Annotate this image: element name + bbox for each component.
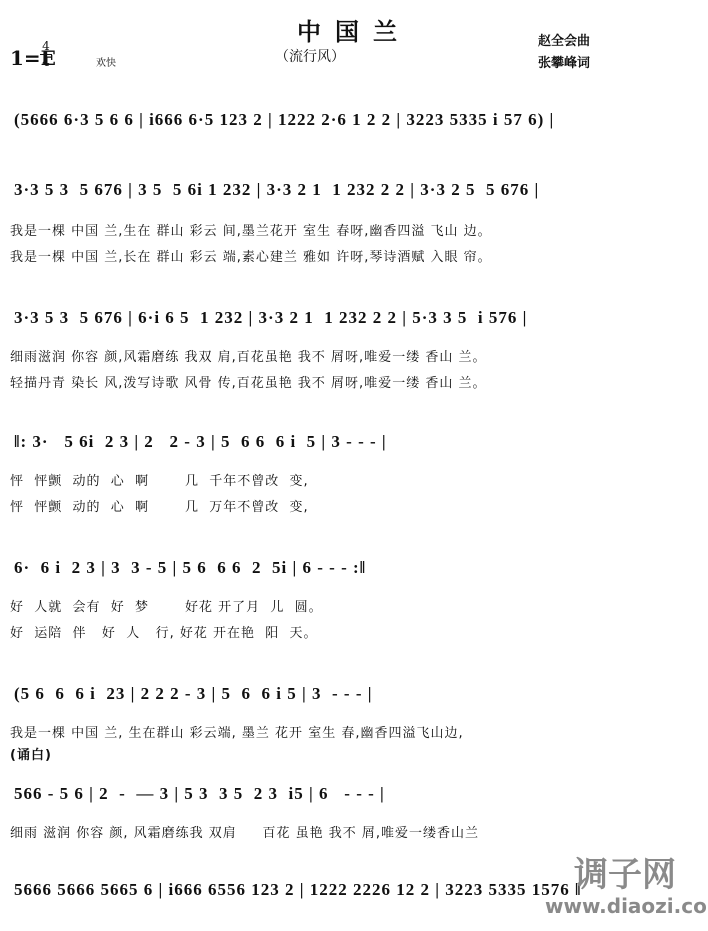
score-line-6: (5 6 6 6 i 23 | 2 2 2 - 3 | 5 6 6 i 5 | … bbox=[14, 684, 372, 704]
lyrics-line-4b: 怦 怦颤 动的 心 啊 几 万年不曾改 变, bbox=[10, 496, 309, 515]
lyrics-line-2b: 我是一棵 中国 兰,长在 群山 彩云 端,素心建兰 雅如 许呀,琴诗酒赋 入眼 … bbox=[10, 246, 492, 265]
watermark-logo: 调子网 bbox=[545, 855, 705, 895]
lyricist-credit: 张攀峰词 bbox=[538, 52, 590, 71]
lyrics-line-5b: 好 运陪 伴 好 人 行, 好花 开在艳 阳 天。 bbox=[10, 622, 318, 641]
meter-bottom: 4 bbox=[40, 56, 52, 69]
lyrics-line-5a: 好 人就 会有 好 梦 好花 开了月 儿 圆。 bbox=[10, 596, 323, 615]
lyrics-line-7a: 细雨 滋润 你容 颜, 风霜磨练我 双肩 百花 虽艳 我不 屑,唯爱一缕香山兰 bbox=[10, 822, 479, 841]
meter-top: 4 bbox=[40, 40, 52, 53]
recitation-marker: (诵白) bbox=[10, 744, 52, 763]
score-line-4: ‖: 3· 5 6i 2 3 | 2 2 - 3 | 5 6 6 6 i 5 |… bbox=[14, 432, 387, 452]
score-line-7: 566 - 5 6 | 2 - — 3 | 5 3 3 5 2 3 i5 | 6… bbox=[14, 784, 385, 804]
time-signature: 4 4 bbox=[40, 40, 52, 69]
watermark: 调子网 www.diaozi.com bbox=[545, 855, 705, 917]
lyrics-line-6a: 我是一棵 中国 兰, 生在群山 彩云端, 墨兰 花开 室生 春,幽香四溢飞山边, bbox=[10, 722, 464, 741]
score-line-5: 6· 6 i 2 3 | 3 3 - 5 | 5 6 6 6 2 5i | 6 … bbox=[14, 558, 366, 578]
song-title: 中国兰 bbox=[0, 12, 708, 47]
lyrics-line-3a: 细雨滋润 你容 颜,风霜磨练 我双 肩,百花虽艳 我不 屑呀,唯爱一缕 香山 兰… bbox=[10, 346, 486, 365]
lyrics-line-4a: 怦 怦颤 动的 心 啊 几 千年不曾改 变, bbox=[10, 470, 309, 489]
watermark-url: www.diaozi.com bbox=[545, 895, 705, 917]
score-line-2: 3·3 5 3 5 676 | 3 5 5 6i 1 232 | 3·3 2 1… bbox=[14, 180, 539, 200]
song-subtitle: （流行风） bbox=[0, 46, 620, 66]
lyrics-line-2a: 我是一棵 中国 兰,生在 群山 彩云 间,墨兰花开 室生 春呀,幽香四溢 飞山 … bbox=[10, 220, 492, 239]
score-line-8: 5666 5666 5665 6 | i666 6556 123 2 | 122… bbox=[14, 880, 581, 900]
lyrics-line-3b: 轻描丹青 染长 风,泼写诗歌 风骨 传,百花虽艳 我不 屑呀,唯爱一缕 香山 兰… bbox=[10, 372, 486, 391]
tempo-marking: 欢快 bbox=[96, 54, 116, 69]
score-line-1: (5666 6·3 5 6 6 | i666 6·5 123 2 | 1222 … bbox=[14, 110, 554, 130]
composer-credit: 赵全会曲 bbox=[538, 30, 590, 49]
score-line-3: 3·3 5 3 5 676 | 6·i 6 5 1 232 | 3·3 2 1 … bbox=[14, 308, 527, 328]
